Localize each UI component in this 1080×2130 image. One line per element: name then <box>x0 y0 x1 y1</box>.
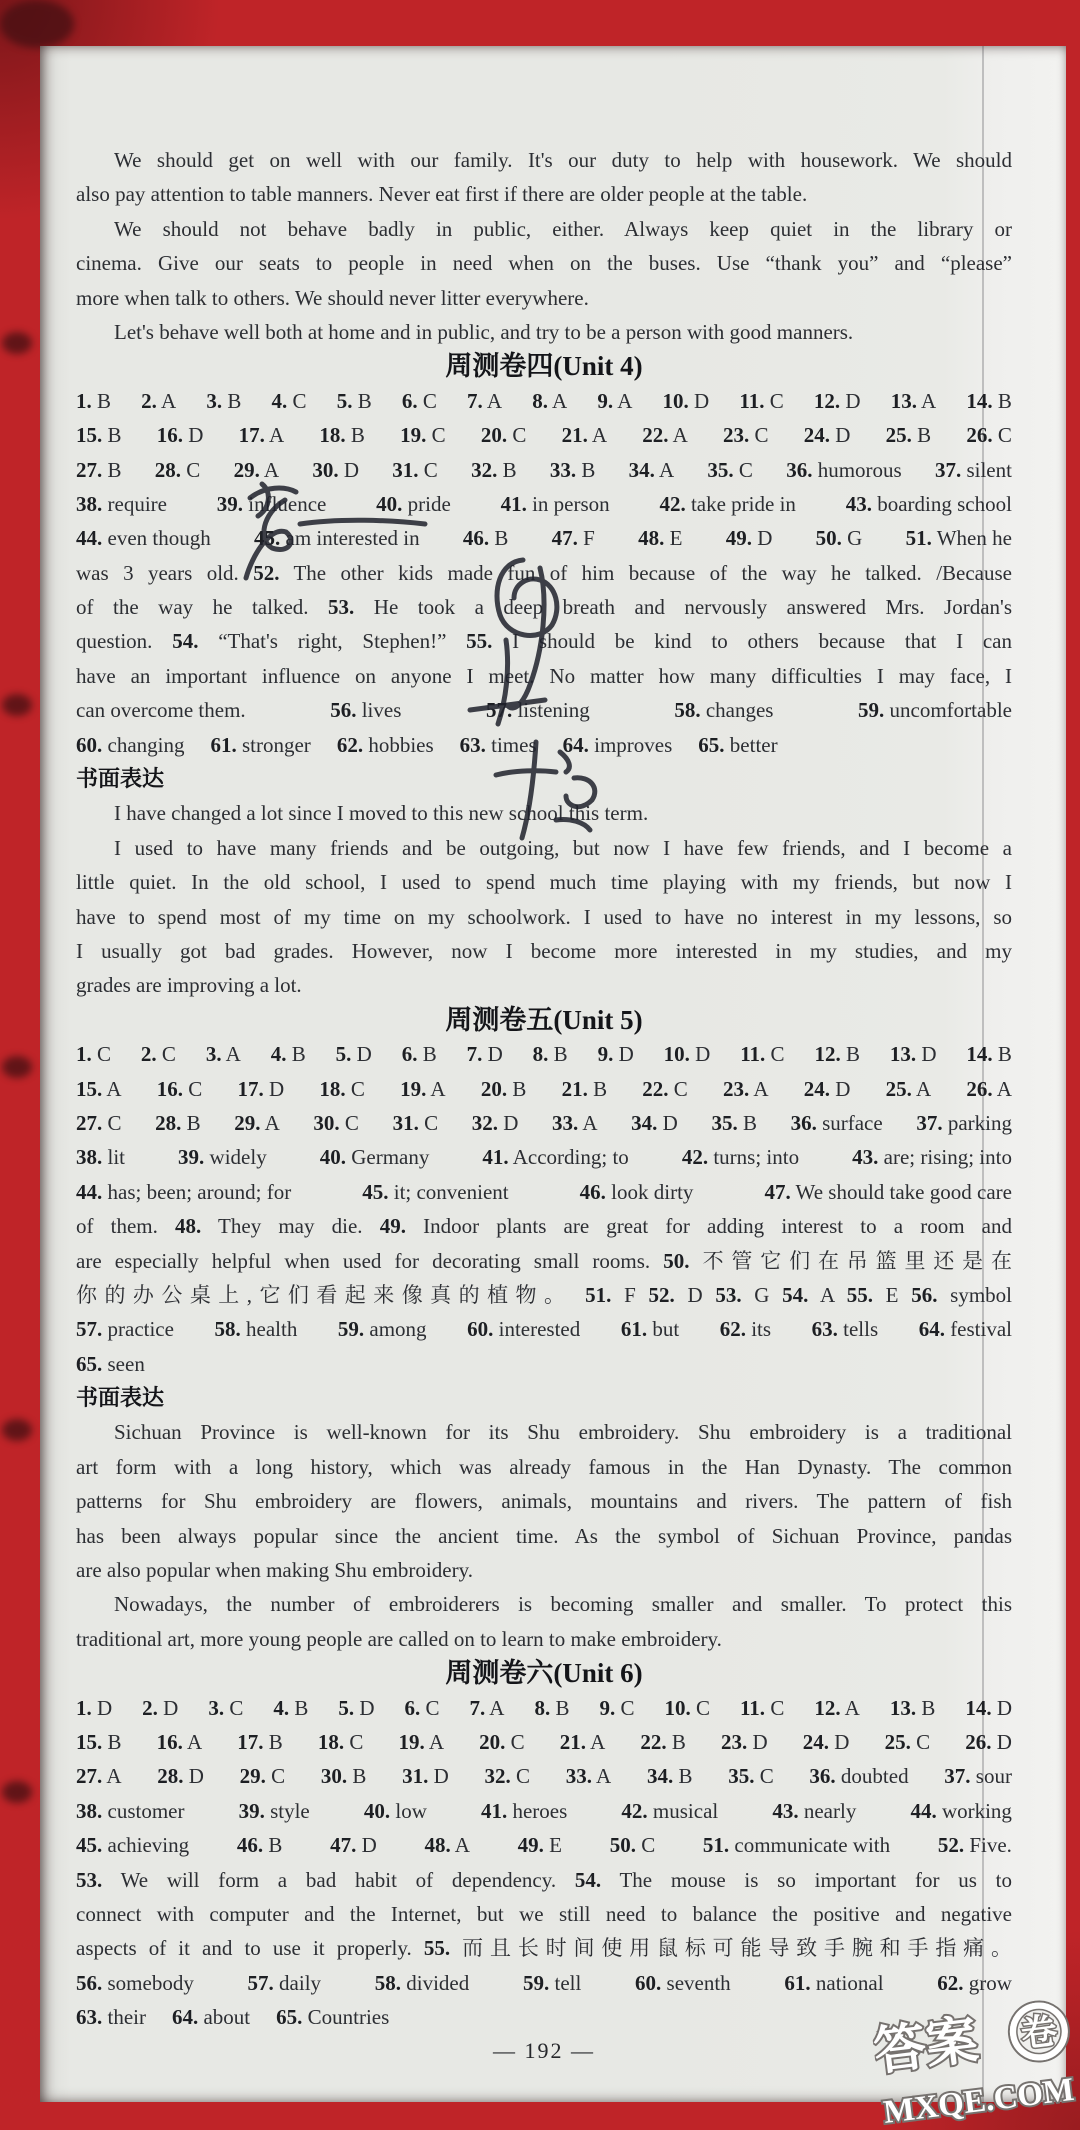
text-line: are also popular when making Shu embroid… <box>76 1553 1012 1587</box>
answer-item: 25. A <box>886 1072 932 1106</box>
answer-item: 21. B <box>562 1072 608 1106</box>
answer-item: 40. pride <box>376 487 451 521</box>
answer-item: 8. B <box>533 1037 568 1071</box>
answer-row: 60. changing61. stronger62. hobbies63. t… <box>76 728 1012 762</box>
answer-item: 13. D <box>890 1037 937 1071</box>
answer-item: 3. B <box>206 384 241 418</box>
answer-item: 38. lit <box>76 1140 125 1174</box>
page-number: — 192 — <box>76 2034 1012 2068</box>
answer-row: 57. practice58. health59. among60. inter… <box>76 1312 1012 1346</box>
answer-row: 15. A16. C17. D18. C19. A20. B21. B22. C… <box>76 1072 1012 1106</box>
answer-item: 19. A <box>399 1725 445 1759</box>
answer-item: 35. C <box>707 453 753 487</box>
text-line: grades are improving a lot. <box>76 968 1012 1002</box>
answer-item: 44. working <box>910 1794 1012 1828</box>
answer-row: 38. lit39. widely40. Germany41. Accordin… <box>76 1140 1012 1174</box>
page-text-block: We should get on well with our family. I… <box>76 143 1012 2069</box>
answer-row: 27. B28. C29. A30. D31. C32. B33. B34. A… <box>76 453 1012 487</box>
answer-item: 42. turns; into <box>682 1140 799 1174</box>
answer-item: 14. B <box>966 1037 1012 1071</box>
answer-item: 41. According; to <box>482 1140 628 1174</box>
answer-item: 57. practice <box>76 1312 174 1346</box>
answer-item: 59. among <box>338 1312 427 1346</box>
answer-item: 3. C <box>208 1691 243 1725</box>
answer-item: 57. listening <box>486 693 590 727</box>
watermark-logo-char: 卷 <box>1019 2010 1060 2054</box>
text-line: also pay attention to table manners. Nev… <box>76 177 1012 211</box>
text-line: question. 54. “That's right, Stephen!” 5… <box>76 624 1012 658</box>
text-line: of them. 48. They may die. 49. Indoor pl… <box>76 1209 1012 1243</box>
answer-item: 12. A <box>814 1691 860 1725</box>
answer-item: 49. E <box>518 1828 562 1862</box>
answer-item: 13. A <box>891 384 937 418</box>
answer-item: 56. lives <box>330 693 401 727</box>
answer-item: 60. changing <box>76 728 184 762</box>
answer-item: 47. We should take good care <box>764 1175 1012 1209</box>
answer-row: 1. D2. D3. C4. B5. D6. C7. A8. B9. C10. … <box>76 1691 1012 1725</box>
text-line: art form with a long history, which was … <box>76 1450 1012 1484</box>
answer-item: 51. When he <box>906 521 1012 555</box>
answer-row: 56. somebody57. daily58. divided59. tell… <box>76 1966 1012 2000</box>
answer-item: 22. A <box>642 418 688 452</box>
text-line: 你的办公桌上,它们看起来像真的植物。 51. F 52. D 53. G 54.… <box>76 1278 1012 1312</box>
answer-item: 38. customer <box>76 1794 184 1828</box>
answer-row: 44. even though45. am interested in46. B… <box>76 521 1012 555</box>
text-line: more when talk to others. We should neve… <box>76 281 1012 315</box>
answer-item: 34. A <box>629 453 675 487</box>
answer-item: 43. boarding school <box>846 487 1012 521</box>
text-line: We should get on well with our family. I… <box>76 143 1012 177</box>
answer-item: 34. B <box>647 1759 693 1793</box>
answer-item: 29. A <box>234 453 280 487</box>
answer-item: 62. hobbies <box>337 728 434 762</box>
text-line: of the way he talked. 53. He took a deep… <box>76 590 1012 624</box>
answer-item: 13. B <box>890 1691 936 1725</box>
answer-item: 62. grow <box>937 1966 1012 2000</box>
answer-item: 1. D <box>76 1691 112 1725</box>
answer-item: 5. D <box>338 1691 374 1725</box>
answer-item: 44. even though <box>76 521 211 555</box>
answer-item: 50. C <box>610 1828 656 1862</box>
answer-item: 8. B <box>534 1691 569 1725</box>
text-line: are especially helpful when used for dec… <box>76 1244 1012 1278</box>
text-line: little quiet. In the old school, I used … <box>76 865 1012 899</box>
answer-item: 33. B <box>550 453 596 487</box>
answer-row: 15. B16. D17. A18. B19. C20. C21. A22. A… <box>76 418 1012 452</box>
answer-item: 17. D <box>237 1072 284 1106</box>
text-line: traditional art, more young people are c… <box>76 1622 1012 1656</box>
answer-row: can overcome them.56. lives57. listening… <box>76 693 1012 727</box>
answer-item: 24. D <box>804 418 851 452</box>
text-line: Let's behave well both at home and in pu… <box>76 315 1012 349</box>
text-line: Sichuan Province is well-known for its S… <box>76 1415 1012 1449</box>
photographed-answer-page: { "page": { "number_display": "— 192 —" … <box>0 0 1080 2130</box>
answer-item: 36. doubted <box>809 1759 908 1793</box>
answer-item: 49. D <box>726 521 773 555</box>
text-line: 53. We will form a bad habit of dependen… <box>76 1863 1012 1897</box>
answer-item: 45. am interested in <box>254 521 420 555</box>
answer-item: 4. B <box>271 1037 306 1071</box>
answer-item: 43. nearly <box>772 1794 856 1828</box>
answer-item: 58. changes <box>674 693 773 727</box>
answer-item: 32. B <box>471 453 517 487</box>
answer-item: 64. festival <box>919 1312 1012 1346</box>
answer-item: 65. Countries <box>276 2000 389 2034</box>
subsection-label: 书面表达 <box>76 762 1012 796</box>
answer-item: 28. D <box>157 1759 204 1793</box>
answer-row: 15. B16. A17. B18. C19. A20. C21. A22. B… <box>76 1725 1012 1759</box>
answer-item: 41. in person <box>501 487 610 521</box>
answer-item: 31. C <box>392 453 438 487</box>
answer-item: 3. A <box>206 1037 241 1071</box>
answer-item: 23. C <box>723 418 769 452</box>
answer-item: 58. divided <box>375 1966 470 2000</box>
answer-item: 37. parking <box>916 1106 1012 1140</box>
answer-item: 30. D <box>312 453 359 487</box>
answer-item: 14. D <box>965 1691 1012 1725</box>
answer-row: 1. B2. A3. B4. C5. B6. C7. A8. A9. A10. … <box>76 384 1012 418</box>
answer-item: 26. C <box>966 418 1012 452</box>
answer-item: 1. C <box>76 1037 111 1071</box>
answer-item: 34. D <box>631 1106 678 1140</box>
text-line: was 3 years old. 52. The other kids made… <box>76 556 1012 590</box>
answer-row: 45. achieving46. B47. D48. A49. E50. C51… <box>76 1828 1012 1862</box>
answer-item: 38. require <box>76 487 167 521</box>
answer-item: 5. D <box>336 1037 372 1071</box>
text-line: have to spend most of my time on my scho… <box>76 900 1012 934</box>
section-heading: 周测卷五(Unit 5) <box>76 1003 1012 1037</box>
answer-item: 21. A <box>562 418 608 452</box>
answer-item: 20. B <box>481 1072 527 1106</box>
answer-item: 46. B <box>463 521 509 555</box>
answer-item: 15. B <box>76 1725 122 1759</box>
answer-item: 7. A <box>467 384 502 418</box>
answer-item: 22. C <box>642 1072 688 1106</box>
answer-item: 42. take pride in <box>659 487 795 521</box>
answer-item: 30. B <box>321 1759 367 1793</box>
answer-item: 9. D <box>598 1037 634 1071</box>
answer-item: 32. D <box>472 1106 519 1140</box>
answer-item: 11. C <box>740 1691 784 1725</box>
answer-item: 7. D <box>467 1037 503 1071</box>
answer-item: 18. C <box>318 1725 364 1759</box>
answer-item: 45. achieving <box>76 1828 189 1862</box>
answer-item: 24. D <box>804 1072 851 1106</box>
answer-item: 21. A <box>560 1725 606 1759</box>
answer-item: 2. A <box>141 384 176 418</box>
answer-item: 28. B <box>155 1106 201 1140</box>
answer-item: 32. C <box>484 1759 530 1793</box>
answer-item: 12. B <box>814 1037 860 1071</box>
answer-item: 16. A <box>157 1725 203 1759</box>
answer-item: 45. it; convenient <box>362 1175 508 1209</box>
answer-item: 47. F <box>552 521 595 555</box>
answer-item: 16. D <box>157 418 204 452</box>
answer-item: 31. D <box>402 1759 449 1793</box>
answer-item: 20. C <box>481 418 527 452</box>
book-page: We should get on well with our family. I… <box>40 46 1066 2102</box>
answer-item: 61. national <box>784 1966 883 2000</box>
answer-item: 19. A <box>400 1072 446 1106</box>
text-line: We should not behave badly in public, ei… <box>76 212 1012 246</box>
answer-item: 15. B <box>76 418 122 452</box>
answer-item: 2. D <box>142 1691 178 1725</box>
answer-item: 1. B <box>76 384 111 418</box>
answer-item: 25. C <box>885 1725 931 1759</box>
answer-row: 27. C28. B29. A30. C31. C32. D33. A34. D… <box>76 1106 1012 1140</box>
answer-item: 33. A <box>552 1106 598 1140</box>
answer-item: 64. improves <box>563 728 673 762</box>
answer-item: 51. communicate with <box>703 1828 890 1862</box>
answer-item: 30. C <box>313 1106 359 1140</box>
answer-item: 47. D <box>330 1828 377 1862</box>
text-line: I have changed a lot since I moved to th… <box>76 796 1012 830</box>
answer-item: 46. B <box>237 1828 283 1862</box>
answer-item: 4. C <box>272 384 307 418</box>
answer-item: 29. A <box>234 1106 280 1140</box>
answer-item: 27. B <box>76 453 122 487</box>
binding-smudge <box>2 1419 32 1441</box>
answer-item: 17. B <box>237 1725 283 1759</box>
answer-item: 10. D <box>664 1037 711 1071</box>
answer-item: 48. E <box>638 521 682 555</box>
answer-row: 38. customer39. style40. low41. heroes42… <box>76 1794 1012 1828</box>
text-line: connect with computer and the Internet, … <box>76 1897 1012 1931</box>
answer-item: 36. surface <box>791 1106 883 1140</box>
answer-item: 9. C <box>599 1691 634 1725</box>
answer-item: 8. A <box>532 384 567 418</box>
answer-item: 4. B <box>273 1691 308 1725</box>
answer-item: 6. B <box>402 1037 437 1071</box>
answer-item: 35. C <box>728 1759 774 1793</box>
answer-item: 9. A <box>597 384 632 418</box>
answer-item: 17. A <box>239 418 285 452</box>
answer-item: can overcome them. <box>76 693 246 727</box>
answer-item: 41. heroes <box>481 1794 567 1828</box>
answer-item: 59. tell <box>523 1966 581 2000</box>
answer-item: 59. uncomfortable <box>858 693 1012 727</box>
answer-item: 10. D <box>663 384 710 418</box>
answer-item: 64. about <box>172 2000 250 2034</box>
answer-item: 20. C <box>479 1725 525 1759</box>
answer-item: 46. look dirty <box>580 1175 694 1209</box>
answer-item: 16. C <box>157 1072 203 1106</box>
answer-item: 11. C <box>739 384 783 418</box>
answer-item: 23. A <box>723 1072 769 1106</box>
answer-item: 63. their <box>76 2000 146 2034</box>
answer-item: 40. Germany <box>320 1140 430 1174</box>
answer-row: 44. has; been; around; for45. it; conven… <box>76 1175 1012 1209</box>
answer-row: 27. A28. D29. C30. B31. D32. C33. A34. B… <box>76 1759 1012 1793</box>
answer-item: 50. G <box>816 521 863 555</box>
answer-item: 62. its <box>720 1312 771 1346</box>
answer-item: 37. sour <box>944 1759 1012 1793</box>
subsection-label: 书面表达 <box>76 1381 1012 1415</box>
answer-item: 35. B <box>711 1106 757 1140</box>
answer-item: 29. C <box>240 1759 286 1793</box>
answer-item: 7. A <box>469 1691 504 1725</box>
answer-item: 15. A <box>76 1072 122 1106</box>
answer-item: 43. are; rising; into <box>852 1140 1012 1174</box>
binding-smudge <box>2 694 32 716</box>
answer-item: 56. somebody <box>76 1966 194 2000</box>
answer-item: 28. C <box>155 453 201 487</box>
answer-item: 18. C <box>319 1072 365 1106</box>
watermark-site: MXQE.COM <box>881 2072 1076 2130</box>
answer-item: 57. daily <box>248 1966 322 2000</box>
text-line: I usually got bad grades. However, now I… <box>76 934 1012 968</box>
answer-item: 10. C <box>664 1691 710 1725</box>
answer-item: 6. C <box>402 384 437 418</box>
answer-item: 48. A <box>424 1828 470 1862</box>
watermark-logo: 卷 <box>1005 1998 1072 2065</box>
answer-item: 36. humorous <box>786 453 902 487</box>
answer-item: 12. D <box>814 384 861 418</box>
answer-item: 6. C <box>404 1691 439 1725</box>
answer-row: 1. C2. C3. A4. B5. D6. B7. D8. B9. D10. … <box>76 1037 1012 1071</box>
answer-item: 42. musical <box>621 1794 718 1828</box>
binding-smudge <box>2 332 32 354</box>
answer-item: 2. C <box>141 1037 176 1071</box>
answer-item: 31. C <box>393 1106 439 1140</box>
answer-item: 61. but <box>621 1312 679 1346</box>
text-line: I used to have many friends and be outgo… <box>76 831 1012 865</box>
text-line: aspects of it and to use it properly. 55… <box>76 1931 1012 1965</box>
text-line: has been always popular since the ancien… <box>76 1519 1012 1553</box>
answer-item: 25. B <box>886 418 932 452</box>
answer-item: 26. D <box>965 1725 1012 1759</box>
answer-item: 27. C <box>76 1106 122 1140</box>
section-heading: 周测卷六(Unit 6) <box>76 1656 1012 1690</box>
answer-item: 5. B <box>337 384 372 418</box>
answer-item: 33. A <box>566 1759 612 1793</box>
answer-item: 39. widely <box>178 1140 267 1174</box>
answer-item: 11. C <box>740 1037 784 1071</box>
answer-item: 23. D <box>721 1725 768 1759</box>
watermark-brand: 答案 <box>871 2011 981 2081</box>
answer-item: 52. Five. <box>938 1828 1012 1862</box>
answer-item: 26. A <box>966 1072 1012 1106</box>
answer-item: 40. low <box>364 1794 427 1828</box>
answer-item: 60. interested <box>467 1312 580 1346</box>
text-line: 65. seen <box>76 1347 1012 1381</box>
text-line: have an important influence on anyone I … <box>76 659 1012 693</box>
section-heading: 周测卷四(Unit 4) <box>76 349 1012 383</box>
answer-item: 63. times <box>460 728 537 762</box>
answer-item: 27. A <box>76 1759 122 1793</box>
answer-row: 38. require39. influence40. pride41. in … <box>76 487 1012 521</box>
answer-item: 39. style <box>239 1794 310 1828</box>
answer-item: 18. B <box>319 418 365 452</box>
answer-item: 24. D <box>803 1725 850 1759</box>
text-line: patterns for Shu embroidery are flowers,… <box>76 1484 1012 1518</box>
answer-item: 14. B <box>966 384 1012 418</box>
answer-item: 22. B <box>640 1725 686 1759</box>
answer-item: 61. stronger <box>210 728 310 762</box>
binding-smudge <box>2 1056 32 1078</box>
binding-smudge <box>0 0 74 48</box>
answer-item: 37. silent <box>935 453 1012 487</box>
answer-item: 39. influence <box>217 487 327 521</box>
binding-smudge <box>2 1781 32 1803</box>
answer-item: 58. health <box>215 1312 298 1346</box>
answer-item: 65. better <box>698 728 777 762</box>
answer-item: 19. C <box>400 418 446 452</box>
answer-item: 60. seventh <box>635 1966 731 2000</box>
text-line: Nowadays, the number of embroiderers is … <box>76 1587 1012 1621</box>
text-line: cinema. Give our seats to people in need… <box>76 246 1012 280</box>
answer-item: 63. tells <box>812 1312 879 1346</box>
answer-item: 44. has; been; around; for <box>76 1175 291 1209</box>
